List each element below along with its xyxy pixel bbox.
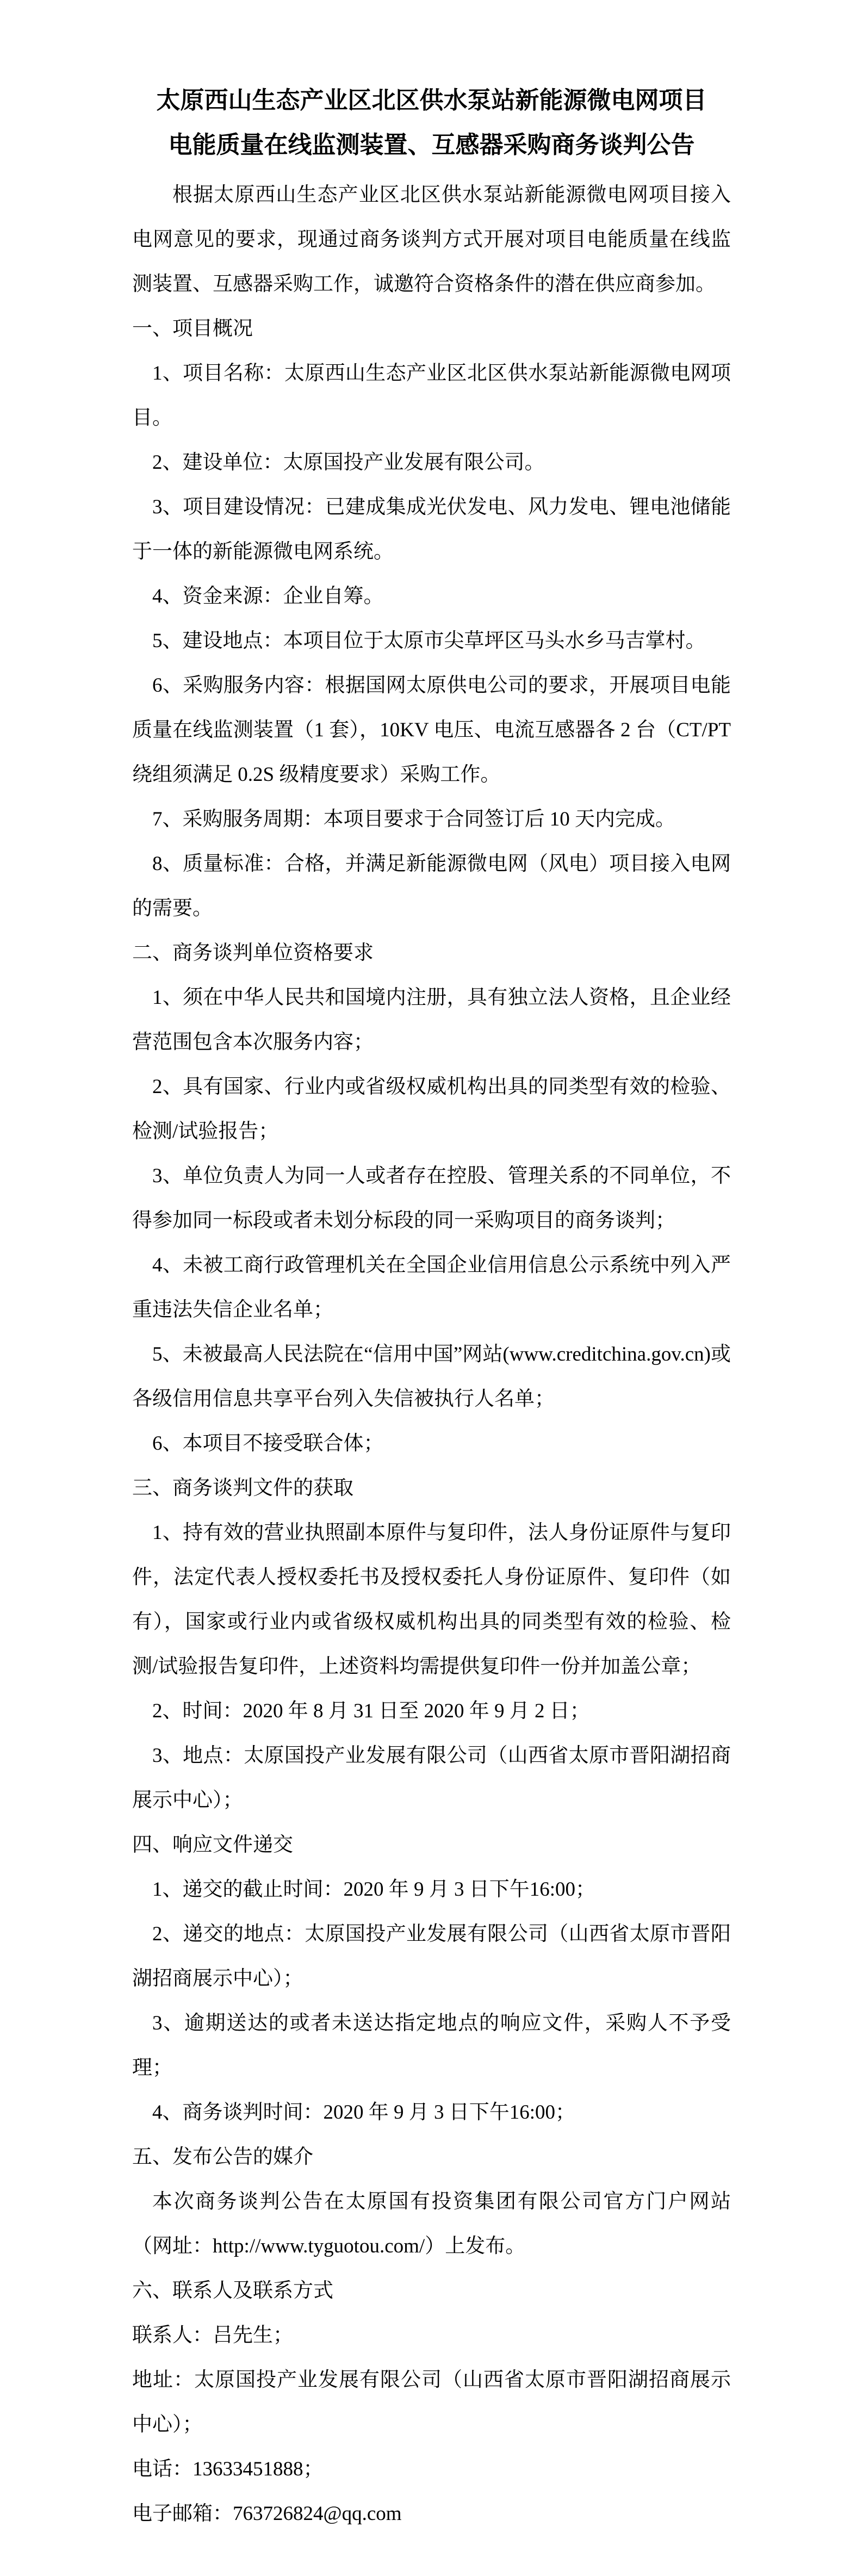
section-1-item-3: 3、项目建设情况：已建成集成光伏发电、风力发电、锂电池储能于一体的新能源微电网系…	[132, 485, 731, 574]
section-1-item-8: 8、质量标准：合格，并满足新能源微电网（风电）项目接入电网的需要。	[132, 842, 731, 931]
section-1-heading: 一、项目概况	[132, 307, 731, 351]
section-2-item-1: 1、须在中华人民共和国境内注册，具有独立法人资格，且企业经营范围包含本次服务内容…	[132, 976, 731, 1065]
section-4-item-3: 3、逾期送达的或者未送达指定地点的响应文件，采购人不予受理；	[132, 2001, 731, 2090]
section-6-heading: 六、联系人及联系方式	[132, 2269, 731, 2313]
section-2-heading: 二、商务谈判单位资格要求	[132, 931, 731, 976]
section-2-item-4: 4、未被工商行政管理机关在全国企业信用信息公示系统中列入严重违法失信企业名单；	[132, 1243, 731, 1332]
section-2-item-5: 5、未被最高人民法院在“信用中国”网站(www.creditchina.gov.…	[132, 1332, 731, 1422]
section-1-item-1: 1、项目名称：太原西山生态产业区北区供水泵站新能源微电网项目。	[132, 351, 731, 440]
section-1-item-7: 7、采购服务周期：本项目要求于合同签订后 10 天内完成。	[132, 797, 731, 842]
section-5-paragraph: 本次商务谈判公告在太原国有投资集团有限公司官方门户网站（网址：http://ww…	[132, 2180, 731, 2269]
section-2-item-3: 3、单位负责人为同一人或者存在控股、管理关系的不同单位，不得参加同一标段或者未划…	[132, 1154, 731, 1243]
contact-phone-line: 电话：13633451888；	[132, 2447, 731, 2492]
intro-paragraph: 根据太原西山生态产业区北区供水泵站新能源微电网项目接入电网意见的要求，现通过商务…	[132, 173, 731, 307]
section-4-item-1: 1、递交的截止时间：2020 年 9 月 3 日下午16:00；	[132, 1867, 731, 1912]
document-title-line-2: 电能质量在线监测装置、互感器采购商务谈判公告	[132, 123, 731, 167]
contact-address-line: 地址：太原国投产业发展有限公司（山西省太原市晋阳湖招商展示中心）；	[132, 2358, 731, 2447]
contact-email-line: 电子邮箱：763726824@qq.com	[132, 2492, 731, 2536]
section-4-item-2: 2、递交的地点：太原国投产业发展有限公司（山西省太原市晋阳湖招商展示中心）；	[132, 1912, 731, 2001]
section-5-heading: 五、发布公告的媒介	[132, 2135, 731, 2180]
document-page: 太原西山生态产业区北区供水泵站新能源微电网项目 电能质量在线监测装置、互感器采购…	[0, 0, 863, 2576]
section-3-item-2: 2、时间：2020 年 8 月 31 日至 2020 年 9 月 2 日；	[132, 1689, 731, 1734]
section-4-item-4: 4、商务谈判时间：2020 年 9 月 3 日下午16:00；	[132, 2090, 731, 2135]
document-title: 太原西山生态产业区北区供水泵站新能源微电网项目 电能质量在线监测装置、互感器采购…	[132, 78, 731, 167]
section-1-item-6: 6、采购服务内容：根据国网太原供电公司的要求，开展项目电能质量在线监测装置（1 …	[132, 663, 731, 797]
section-1-item-4: 4、资金来源：企业自筹。	[132, 574, 731, 619]
section-3-heading: 三、商务谈判文件的获取	[132, 1466, 731, 1511]
section-3-item-1: 1、持有效的营业执照副本原件与复印件，法人身份证原件与复印件，法定代表人授权委托…	[132, 1511, 731, 1689]
section-2-item-6: 6、本项目不接受联合体；	[132, 1422, 731, 1466]
section-1-item-5: 5、建设地点：本项目位于太原市尖草坪区马头水乡马吉掌村。	[132, 619, 731, 663]
section-1-item-2: 2、建设单位：太原国投产业发展有限公司。	[132, 440, 731, 485]
section-2-item-2: 2、具有国家、行业内或省级权威机构出具的同类型有效的检验、检测/试验报告；	[132, 1065, 731, 1154]
document-title-line-1: 太原西山生态产业区北区供水泵站新能源微电网项目	[132, 78, 731, 123]
contact-person-line: 联系人：吕先生；	[132, 2313, 731, 2358]
document-body: 根据太原西山生态产业区北区供水泵站新能源微电网项目接入电网意见的要求，现通过商务…	[132, 173, 731, 2536]
section-3-item-3: 3、地点：太原国投产业发展有限公司（山西省太原市晋阳湖招商展示中心）；	[132, 1734, 731, 1823]
section-4-heading: 四、响应文件递交	[132, 1823, 731, 1867]
